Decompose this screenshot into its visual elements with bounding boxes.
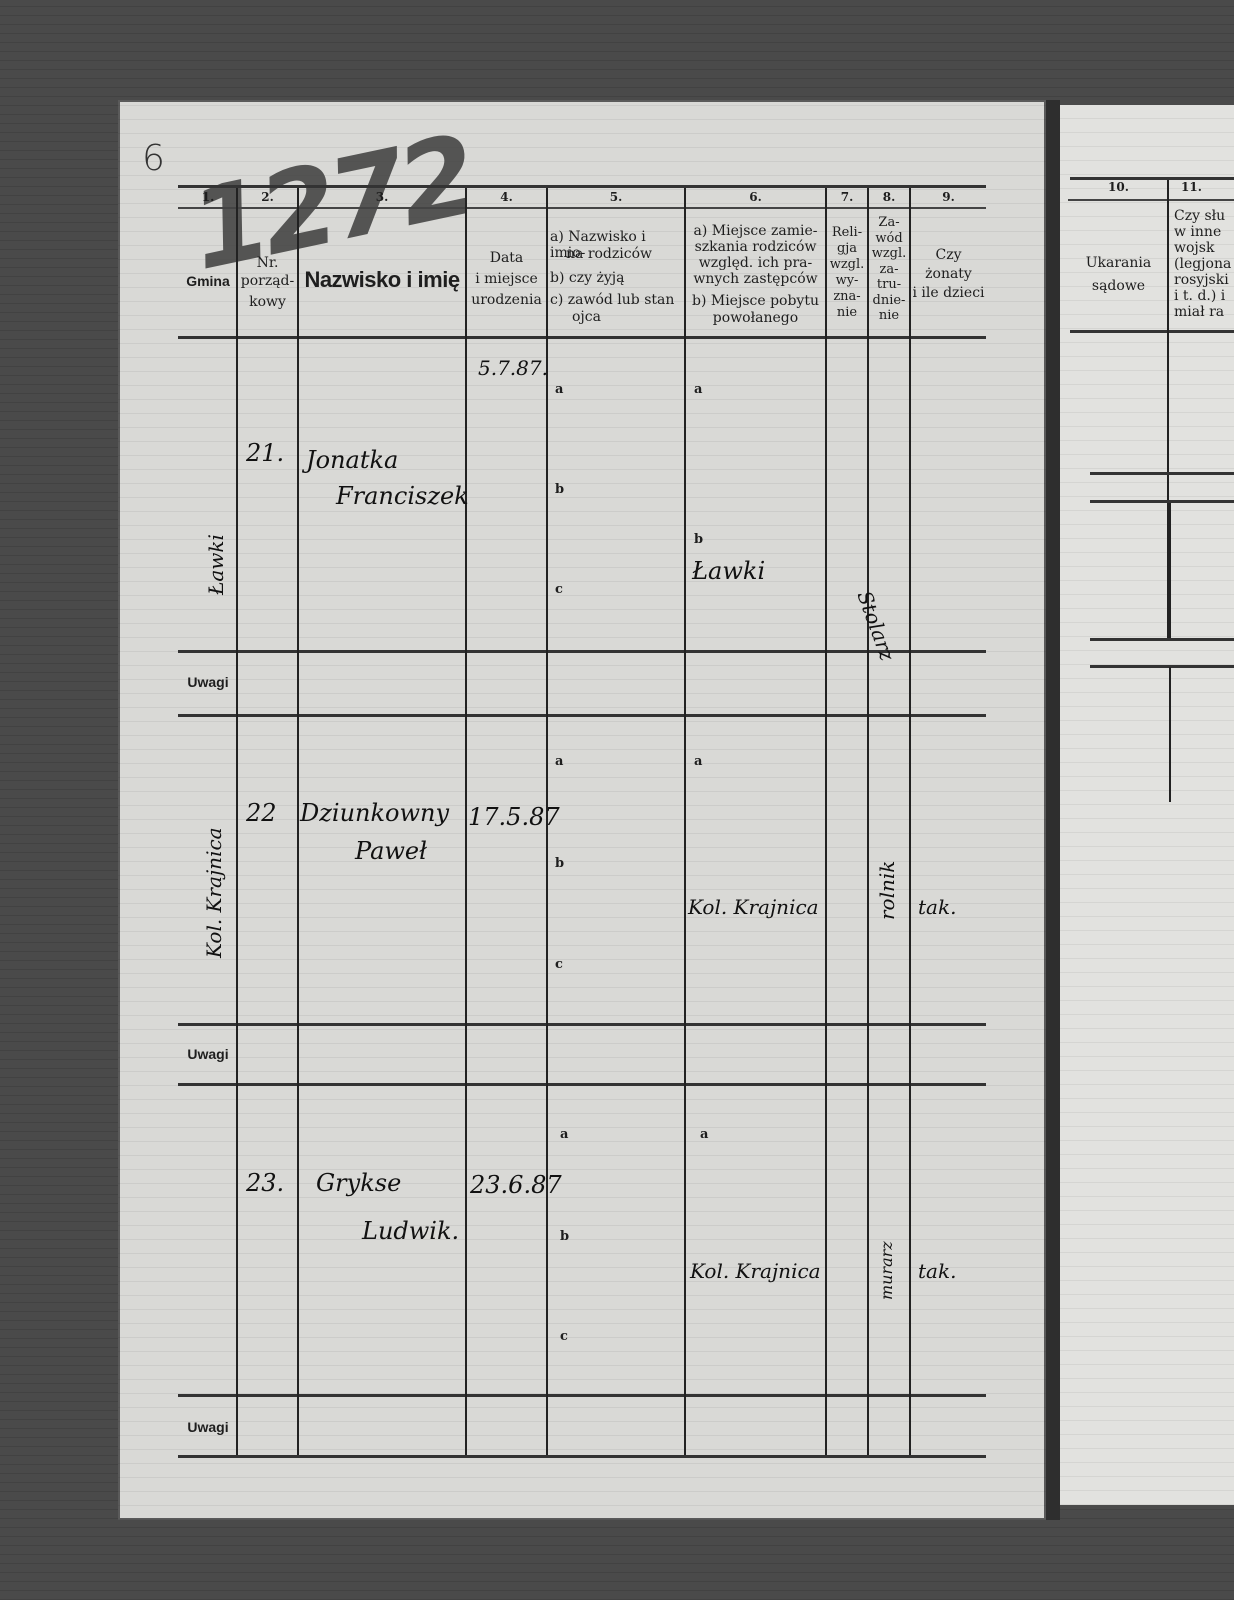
header-married-line1: Czy: [911, 247, 986, 263]
remarks-label-2: Uwagi: [180, 1046, 236, 1062]
header-surname-name: Nazwisko i imię: [299, 267, 465, 292]
col-number-5: 5.: [548, 191, 684, 205]
entry1-residence-b: b: [694, 533, 703, 548]
header-other-army-service: Czy słuw innewojsk(legjonarosyjskii t. d…: [1170, 208, 1234, 320]
entry3-parents-a: a: [560, 1128, 568, 1143]
right-col-divider-c: [1169, 667, 1171, 802]
header-residence-a4: wnych zastępców: [686, 271, 825, 287]
entry3-married: tak.: [918, 1260, 956, 1283]
col-number-8: 8.: [869, 191, 909, 205]
col-divider-7: [867, 188, 869, 1455]
header-birth-line1: Data: [467, 250, 546, 266]
right-table-top-border: [1070, 177, 1234, 180]
header-nr-line1: Nr.: [238, 255, 297, 271]
entry2-married: tak.: [918, 896, 956, 919]
entry2-residence-b-value: Kol. Krajnica: [688, 896, 819, 919]
col-divider-1: [236, 188, 238, 1455]
header-nr-line3: kowy: [238, 294, 297, 310]
col-divider-2: [297, 188, 299, 1455]
entry2-parents-a: a: [555, 755, 563, 770]
col-number-11: 11.: [1169, 181, 1234, 195]
table-top-border: [178, 185, 986, 188]
header-residence-a1: a) Miejsce zamie-: [686, 223, 825, 239]
entry2-first-name: Paweł: [355, 838, 427, 866]
header-birth-line3: urodzenia: [467, 292, 546, 308]
remarks1-bottom-border: [178, 714, 986, 717]
header-gmina: Gmina: [180, 273, 236, 289]
remarks-label-3: Uwagi: [180, 1419, 236, 1435]
col-divider-6: [825, 188, 827, 1455]
table-bottom-border: [178, 1455, 986, 1458]
col-divider-3: [465, 188, 467, 1455]
remarks2-bottom-border: [178, 1083, 986, 1086]
entry3-surname: Grykse: [316, 1170, 401, 1198]
entry2-nr: 22: [246, 800, 277, 828]
row2-bottom-border: [178, 1023, 986, 1026]
right-column-number-divider: [1068, 199, 1234, 201]
entry2-gmina: Kol. Krajnica: [203, 827, 226, 958]
entry1-parents-a: a: [555, 383, 563, 398]
entry1-residence-a: a: [694, 383, 702, 398]
header-bottom-border: [178, 336, 986, 339]
header-residence-a3: względ. ich pra-: [686, 255, 825, 271]
entry1-parents-c: c: [555, 583, 563, 598]
right-remarks2-border: [1090, 665, 1234, 668]
header-married-line2: żonaty: [911, 266, 986, 282]
entry1-parents-b: b: [555, 483, 564, 498]
entry1-gmina: Ławki: [205, 534, 228, 595]
col-number-2: 2.: [238, 191, 297, 205]
entry3-parents-c: c: [560, 1330, 568, 1345]
header-religion: Reli-gjawzgl.wy-zna-nie: [827, 225, 867, 321]
right-remarks1-border: [1090, 500, 1234, 503]
entry3-occupation: murarz: [878, 1241, 896, 1300]
col-number-3: 3.: [299, 191, 465, 205]
entry3-residence-b-value: Kol. Krajnica: [690, 1260, 821, 1283]
entry2-parents-c: c: [555, 958, 563, 973]
entry2-surname: Dziunkowny: [300, 800, 449, 828]
entry3-parents-b: b: [560, 1230, 569, 1245]
col-number-1: 1.: [180, 191, 236, 205]
entry2-birth-date: 17.5.87: [468, 804, 560, 832]
entry2-parents-b: b: [555, 857, 564, 872]
header-residence-b1: b) Miejsce pobytu: [686, 293, 825, 309]
entry1-residence-b-value: Ławki: [692, 558, 765, 586]
header-parents-c1: c) zawód lub stan: [550, 292, 684, 308]
row3-bottom-border: [178, 1394, 986, 1397]
entry3-first-name: Ludwik.: [362, 1218, 459, 1246]
col-divider-5: [684, 188, 686, 1455]
entry3-nr: 23.: [246, 1170, 284, 1198]
header-birth-line2: i miejsce: [467, 271, 546, 287]
col-number-10: 10.: [1070, 181, 1167, 195]
entry1-first-name: Franciszek: [336, 483, 469, 511]
header-residence-b2: powołanego: [686, 310, 825, 326]
row1-bottom-border: [178, 650, 986, 653]
header-married-line3: i ile dzieci: [911, 285, 986, 301]
right-col-divider-b: [1169, 503, 1171, 638]
col-divider-8: [909, 188, 911, 1455]
col-number-7: 7.: [827, 191, 867, 205]
header-parents-a2: na rodziców: [566, 246, 684, 262]
right-header-bottom-border: [1070, 330, 1234, 333]
col-number-9: 9.: [911, 191, 986, 205]
header-parents-c2: ojca: [572, 309, 684, 325]
page-gutter: [1046, 100, 1060, 1520]
header-occupation: Za-wódwzgl.za-tru-dnie-nie: [869, 215, 909, 324]
entry2-residence-a: a: [694, 755, 702, 770]
right-row2-border: [1090, 638, 1234, 641]
header-convictions-line2: sądowe: [1070, 278, 1167, 294]
entry3-birth-date: 23.6.87: [470, 1172, 562, 1200]
header-nr-line2: porząd-: [238, 273, 297, 289]
col-number-6: 6.: [686, 191, 825, 205]
right-row1-border: [1090, 472, 1234, 475]
entry1-birth-date: 5.7.87.: [478, 357, 548, 380]
entry1-nr: 21.: [246, 440, 284, 468]
header-convictions-line1: Ukarania: [1070, 255, 1167, 271]
entry1-surname: Jonatka: [306, 447, 398, 475]
remarks-label-1: Uwagi: [180, 674, 236, 690]
entry2-occupation: rolnik: [876, 861, 899, 920]
header-parents-b: b) czy żyją: [550, 270, 684, 286]
entry3-residence-a: a: [700, 1128, 708, 1143]
header-residence-a2: szkania rodziców: [686, 239, 825, 255]
page-number: 6: [142, 138, 165, 179]
column-number-divider: [178, 207, 986, 209]
col-number-4: 4.: [467, 191, 546, 205]
